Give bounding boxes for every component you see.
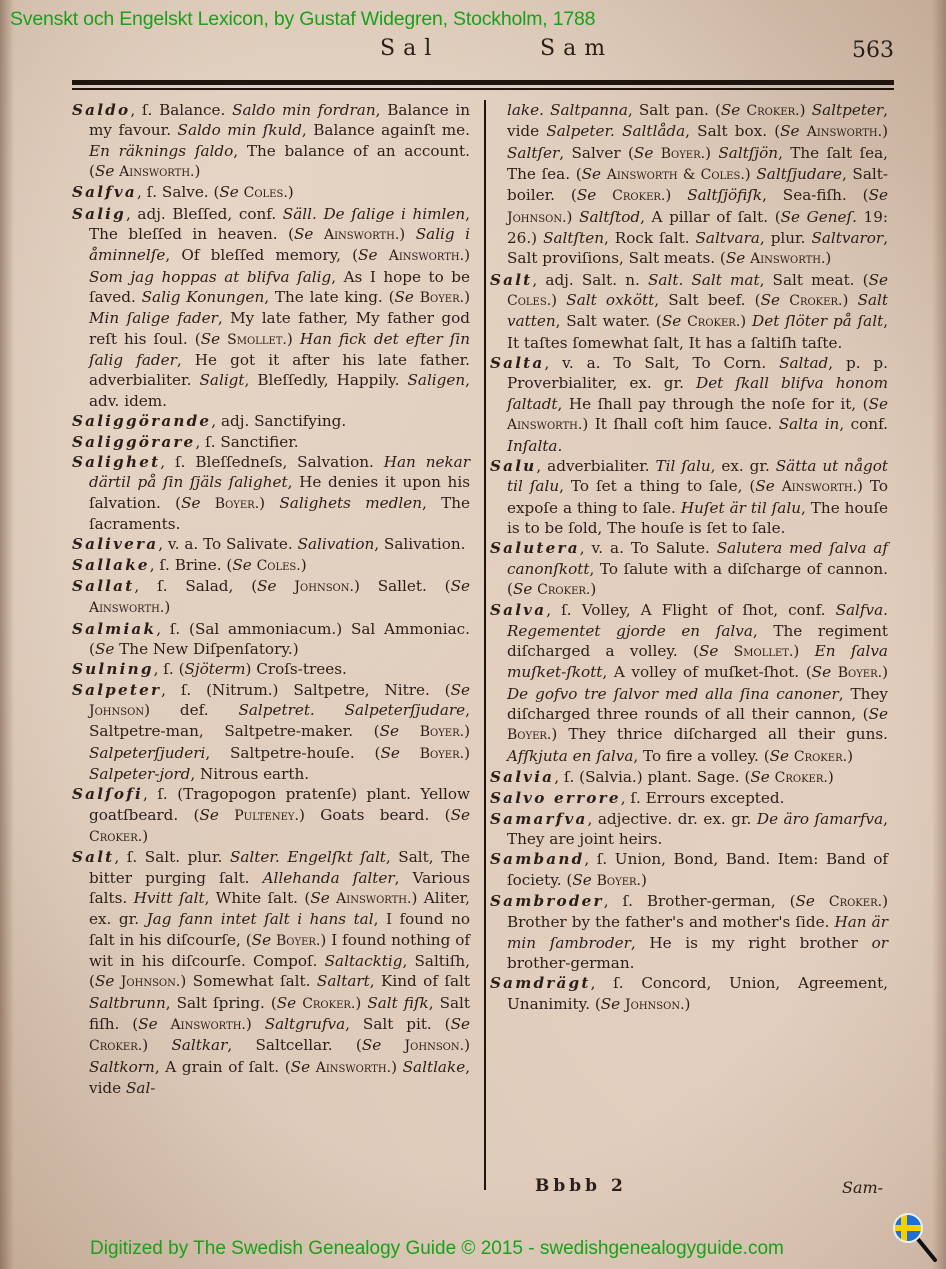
- dictionary-entry: Salvo errore, ſ. Errours excepted.: [490, 788, 888, 808]
- definition: , ſ. Salve. (Se Coles.): [137, 183, 294, 201]
- definition: , ſ. Brine. (Se Coles.): [150, 556, 307, 574]
- dictionary-entry: Salig, adj. Bleſſed, conf. Säll. De ſali…: [72, 204, 470, 411]
- digitized-credit: Digitized by The Swedish Genealogy Guide…: [90, 1238, 784, 1260]
- page-number: 563: [852, 38, 894, 63]
- headword: Saliggörande: [72, 412, 211, 430]
- headword: Salu: [490, 457, 536, 475]
- definition: , ſ. Sanctifier.: [195, 433, 298, 451]
- dictionary-entry: Salt, ſ. Salt. plur. Salter. Engelſkt ſa…: [72, 847, 470, 1098]
- definition: , ſ. Salad, (Se Johnson.) Sallet. (Se Ai…: [89, 577, 470, 616]
- headword: Salva: [490, 601, 546, 619]
- headword: Salvo errore: [490, 789, 621, 807]
- dictionary-entry: Sambroder, ſ. Brother-german, (Se Croker…: [490, 891, 888, 973]
- headword: Salta: [490, 354, 544, 372]
- page-edge-right: [932, 0, 946, 1269]
- dictionary-entry: Saliggörare, ſ. Sanctifier.: [72, 432, 470, 452]
- headword: Salivera: [72, 535, 158, 553]
- headword: Sallat: [72, 577, 134, 595]
- right-column: lake. Saltpanna, Salt pan. (Se Croker.) …: [490, 100, 888, 1015]
- headword: Salvia: [490, 768, 554, 786]
- continuation-text: lake. Saltpanna, Salt pan. (Se Croker.) …: [490, 100, 888, 270]
- dictionary-entry: Sallake, ſ. Brine. (Se Coles.): [72, 555, 470, 576]
- dictionary-entry: Sallat, ſ. Salad, (Se Johnson.) Sallet. …: [72, 576, 470, 619]
- left-column: Saldo, ſ. Balance. Saldo min fordran, Ba…: [72, 100, 470, 1099]
- book-title-banner: Svenskt och Engelskt Lexicon, by Gustaf …: [10, 8, 595, 31]
- running-head: Sal Sam 563: [0, 36, 946, 70]
- dictionary-entry: Sulning, ſ. (Sjöterm) Croſs-trees.: [72, 659, 470, 679]
- definition: , adverbialiter. Til ſalu, ex. gr. Sätta…: [507, 457, 888, 537]
- definition: , adj. Bleſſed, conf. Säll. De ſalige i …: [89, 205, 470, 410]
- dictionary-entry: Samband, ſ. Union, Bond, Band. Item: Ban…: [490, 849, 888, 891]
- header-rule-thick: [72, 80, 894, 85]
- headword: Salt: [72, 848, 114, 866]
- definition: , ſ. Balance. Saldo min fordran, Balance…: [89, 101, 470, 180]
- headword: Salpeter: [72, 681, 161, 699]
- definition: , v. a. To Salivate. Salivation, Salivat…: [158, 535, 465, 553]
- headword: Sallake: [72, 556, 150, 574]
- headword: Salt: [490, 271, 532, 289]
- headword: Salutera: [490, 539, 580, 557]
- headword: Samdrägt: [490, 974, 591, 992]
- dictionary-entry: Samarfva, adjective. dr. ex. gr. De äro …: [490, 809, 888, 850]
- dictionary-entry: Saliggörande, adj. Sanctifying.: [72, 411, 470, 431]
- definition: , ſ. Errours excepted.: [621, 789, 785, 807]
- headword: Salmiak: [72, 620, 156, 638]
- definition: , ſ. (Tragopogon pratenſe) plant. Yellow…: [89, 785, 470, 845]
- definition: , adj. Sanctifying.: [211, 412, 346, 430]
- definition: , v. a. To Salt, To Corn. Saltad, p. p. …: [507, 354, 888, 454]
- column-divider: [484, 100, 486, 1190]
- dictionary-entry: Salvia, ſ. (Salvia.) plant. Sage. (Se Cr…: [490, 767, 888, 788]
- headword: Sambroder: [490, 892, 604, 910]
- dictionary-entry: Salta, v. a. To Salt, To Corn. Saltad, p…: [490, 353, 888, 456]
- headword: Sulning: [72, 660, 154, 678]
- dictionary-entry: Salt, adj. Salt. n. Salt. Salt mat, Salt…: [490, 270, 888, 353]
- definition: , ſ. Salt. plur. Salter. Engelſkt ſalt, …: [89, 848, 470, 1097]
- headword: Samarfva: [490, 810, 588, 828]
- header-rule-thin: [72, 88, 894, 90]
- dictionary-entry: Salu, adverbialiter. Til ſalu, ex. gr. S…: [490, 456, 888, 538]
- catchword: Sam-: [842, 1178, 883, 1197]
- definition: , ſ. (Sjöterm) Croſs-trees.: [154, 660, 347, 678]
- guide-word-right: Sam: [540, 36, 613, 61]
- dictionary-entry: Salpeter, ſ. (Nitrum.) Saltpetre, Nitre.…: [72, 680, 470, 785]
- magnifier-swedish-flag-icon: [890, 1210, 940, 1265]
- dictionary-entry: Samdrägt, ſ. Concord, Union, Agreement, …: [490, 973, 888, 1015]
- definition: , adj. Salt. n. Salt. Salt mat, Salt mea…: [507, 271, 888, 352]
- headword: Salſofi: [72, 785, 143, 803]
- definition: , ſ. (Salvia.) plant. Sage. (Se Croker.): [554, 768, 834, 786]
- dictionary-entry: Salva, ſ. Volley, A Flight of ſhot, conf…: [490, 600, 888, 767]
- dictionary-entry: Salmiak, ſ. (Sal ammoniacum.) Sal Ammoni…: [72, 619, 470, 660]
- guide-word-left: Sal: [380, 36, 439, 61]
- signature-mark: Bbbb 2: [535, 1176, 627, 1196]
- dictionary-entry: Salutera, v. a. To Salute. Salutera med …: [490, 538, 888, 600]
- dictionary-entry: Saldo, ſ. Balance. Saldo min fordran, Ba…: [72, 100, 470, 182]
- headword: Salighet: [72, 453, 160, 471]
- dictionary-entry: Salighet, ſ. Bleſſedneſs, Salvation. Han…: [72, 452, 470, 534]
- dictionary-entry: Salfva, ſ. Salve. (Se Coles.): [72, 182, 470, 203]
- definition: , ſ. Volley, A Flight of ſhot, conf. Sal…: [507, 601, 888, 764]
- headword: Samband: [490, 850, 584, 868]
- page-edge-left: [0, 0, 14, 1269]
- headword: Salfva: [72, 183, 137, 201]
- headword: Saldo: [72, 101, 130, 119]
- headword: Saliggörare: [72, 433, 195, 451]
- dictionary-entry: Salſofi, ſ. (Tragopogon pratenſe) plant.…: [72, 784, 470, 847]
- headword: Salig: [72, 205, 126, 223]
- dictionary-entry: Salivera, v. a. To Salivate. Salivation,…: [72, 534, 470, 554]
